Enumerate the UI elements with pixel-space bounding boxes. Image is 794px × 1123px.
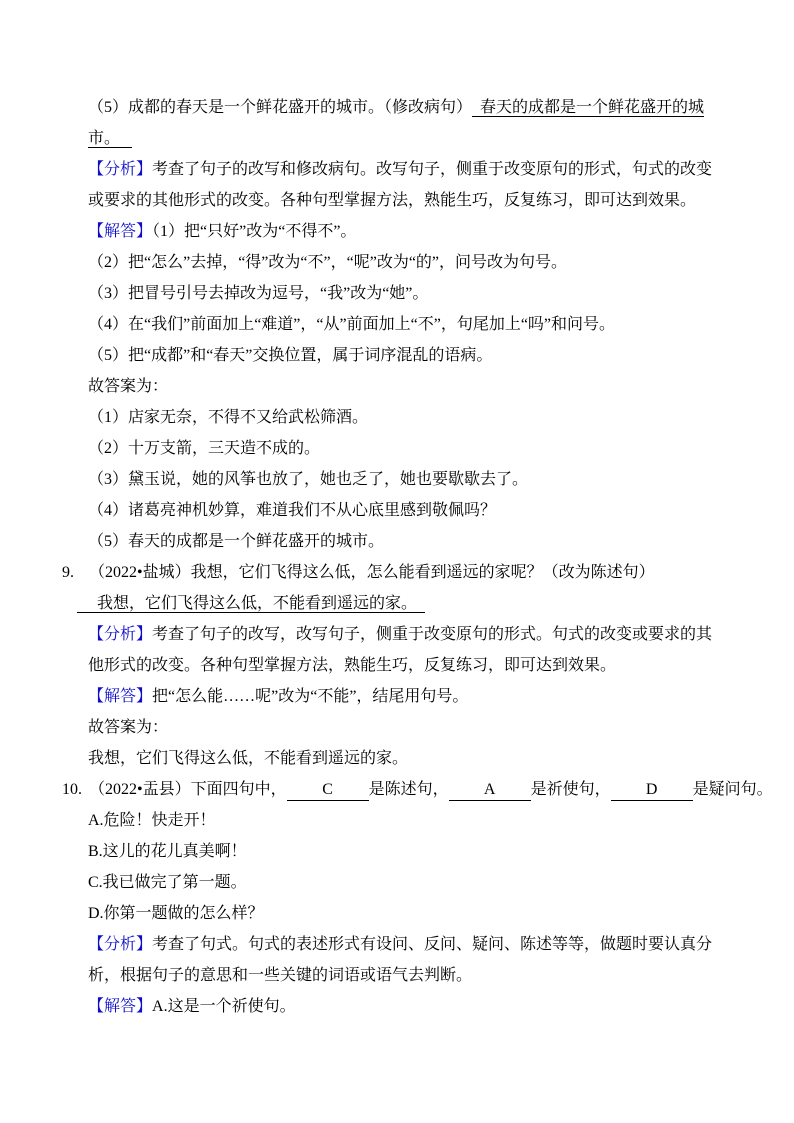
text-segment: A.这是一个祈使句。: [152, 998, 296, 1015]
section-label: 【分析】: [88, 161, 152, 178]
q10-option-b: B.这儿的花儿真美啊！: [88, 836, 744, 867]
text-segment: （2）十万支箭，三天造不成的。: [88, 440, 320, 457]
q8-final-answer-4: （4）诸葛亮神机妙算，难道我们不从心底里感到敬佩吗？: [88, 495, 744, 526]
q9-final-answer: 我想，它们飞得这么低，不能看到遥远的家。: [88, 743, 744, 774]
text-segment: B.这儿的花儿真美啊！: [88, 843, 247, 860]
q8-final-answer-3: （3）黛玉说，她的风筝也放了，她也乏了，她也要歇歇去了。: [88, 464, 744, 495]
q10-solution: 【解答】A.这是一个祈使句。: [88, 991, 744, 1022]
text-segment: （2022•盂县）下面四句中，: [89, 781, 287, 798]
section-label: 【解答】: [88, 688, 152, 705]
q8-analysis-line-1: 【分析】考查了句子的改写和修改病句。改写句子，侧重于改变原句的形式，句式的改变: [88, 154, 744, 185]
q8-item5-prompt: （5）成都的春天是一个鲜花盛开的城市。（修改病句） 春天的成都是一个鲜花盛开的城: [88, 92, 744, 123]
text-segment: （2022•盐城）我想，它们飞得这么低，怎么能看到遥远的家呢？（改为陈述句）: [89, 564, 655, 581]
q9-analysis-line-2: 他形式的改变。各种句型掌握方法，熟能生巧，反复练习，即可达到效果。: [88, 650, 744, 681]
q8-solution-item-3: （3）把冒号引号去掉改为逗号，“我”改为“她”。: [88, 278, 744, 309]
answer-underline: 市。: [88, 130, 132, 148]
section-label: 【分析】: [88, 626, 152, 643]
text-segment: 析，根据句子的意思和一些关键的词语或语气去判断。: [88, 967, 472, 984]
q9-filled-answer: 我想，它们飞得这么低，不能看到遥远的家。: [77, 588, 744, 619]
text-segment: D.你第一题做的怎么样？: [88, 905, 264, 922]
text-segment: 考查了句子的改写和修改病句。改写句子，侧重于改变原句的形式，句式的改变: [152, 161, 712, 178]
q8-item5-prompt-continued: 市。: [88, 123, 744, 154]
text-segment: （3）把冒号引号去掉改为逗号，“我”改为“她”。: [88, 285, 428, 302]
text-segment: 考查了句式。句式的表述形式有设问、反问、疑问、陈述等等，做题时要认真分: [152, 936, 712, 953]
text-segment: 考查了句子的改写，改写句子，侧重于改变原句的形式。句式的改变或要求的其: [152, 626, 712, 643]
text-segment: 他形式的改变。各种句型掌握方法，熟能生巧，反复练习，即可达到效果。: [88, 657, 616, 674]
question-number: 10.: [62, 774, 89, 805]
question-number: 9.: [62, 557, 89, 588]
q8-final-answer-5: （5）春天的成都是一个鲜花盛开的城市。: [88, 526, 744, 557]
answer-blank: D: [611, 779, 693, 801]
text-segment: 故答案为：: [88, 719, 168, 736]
document-body: （5）成都的春天是一个鲜花盛开的城市。（修改病句） 春天的成都是一个鲜花盛开的城…: [62, 92, 744, 1022]
q9-analysis-line-1: 【分析】考查了句子的改写，改写句子，侧重于改变原句的形式。句式的改变或要求的其: [88, 619, 744, 650]
answer-underline: 春天的成都是一个鲜花盛开的城: [472, 99, 704, 117]
answer-blank: C: [287, 779, 369, 801]
q8-answer-intro: 故答案为：: [88, 371, 744, 402]
question-10-prompt: 10.（2022•盂县）下面四句中，C是陈述句，A是祈使句，D是疑问句。: [62, 774, 744, 805]
text-segment: （4）在“我们”前面加上“难道”，“从”前面加上“不”，句尾加上“吗”和问号。: [88, 316, 615, 333]
text-segment: （3）黛玉说，她的风筝也放了，她也乏了，她也要歇歇去了。: [88, 471, 528, 488]
q8-analysis-line-2: 或要求的其他形式的改变。各种句型掌握方法，熟能生巧，反复练习，即可达到效果。: [88, 185, 744, 216]
text-segment: （5）成都的春天是一个鲜花盛开的城市。（修改病句）: [88, 99, 472, 116]
text-segment: 故答案为：: [88, 378, 168, 395]
text-segment: 是疑问句。: [693, 781, 773, 798]
text-segment: 或要求的其他形式的改变。各种句型掌握方法，熟能生巧，反复练习，即可达到效果。: [88, 192, 696, 209]
section-label: 【解答】: [88, 223, 152, 240]
q9-solution: 【解答】把“怎么能……呢”改为“不能”，结尾用句号。: [88, 681, 744, 712]
q10-option-d: D.你第一题做的怎么样？: [88, 898, 744, 929]
q8-final-answer-1: （1）店家无奈，不得不又给武松筛酒。: [88, 402, 744, 433]
text-segment: 把“怎么能……呢”改为“不能”，结尾用句号。: [152, 688, 468, 705]
text-segment: 是陈述句，: [369, 781, 449, 798]
q8-solution-item-1: 【解答】（1）把“只好”改为“不得不”。: [88, 216, 744, 247]
q8-solution-item-2: （2）把“怎么”去掉，“得”改为“不”，“呢”改为“的”，问号改为句号。: [88, 247, 744, 278]
text-segment: 是祈使句，: [531, 781, 611, 798]
q10-option-a: A.危险！快走开！: [88, 805, 744, 836]
text-segment: （1）店家无奈，不得不又给武松筛酒。: [88, 409, 368, 426]
q10-option-c: C.我已做完了第一题。: [88, 867, 744, 898]
text-segment: 我想，它们飞得这么低，不能看到遥远的家。: [88, 750, 408, 767]
q10-analysis-line-2: 析，根据句子的意思和一些关键的词语或语气去判断。: [88, 960, 744, 991]
text-segment: A.危险！快走开！: [88, 812, 216, 829]
answer-underline: 我想，它们飞得这么低，不能看到遥远的家。: [77, 595, 425, 613]
q8-solution-item-4: （4）在“我们”前面加上“难道”，“从”前面加上“不”，句尾加上“吗”和问号。: [88, 309, 744, 340]
section-label: 【解答】: [88, 998, 152, 1015]
text-segment: （5）春天的成都是一个鲜花盛开的城市。: [88, 533, 384, 550]
q8-solution-item-5: （5）把“成都”和“春天”交换位置，属于词序混乱的语病。: [88, 340, 744, 371]
text-segment: （4）诸葛亮神机妙算，难道我们不从心底里感到敬佩吗？: [88, 502, 496, 519]
q10-analysis-line-1: 【分析】考查了句式。句式的表述形式有设问、反问、疑问、陈述等等，做题时要认真分: [88, 929, 744, 960]
text-segment: C.我已做完了第一题。: [88, 874, 247, 891]
question-9-prompt: 9.（2022•盐城）我想，它们飞得这么低，怎么能看到遥远的家呢？（改为陈述句）: [62, 557, 744, 588]
answer-blank: A: [449, 779, 531, 801]
q9-answer-intro: 故答案为：: [88, 712, 744, 743]
q8-final-answer-2: （2）十万支箭，三天造不成的。: [88, 433, 744, 464]
document-page: （5）成都的春天是一个鲜花盛开的城市。（修改病句） 春天的成都是一个鲜花盛开的城…: [0, 0, 794, 1123]
text-segment: （2）把“怎么”去掉，“得”改为“不”，“呢”改为“的”，问号改为句号。: [88, 254, 567, 271]
text-segment: （5）把“成都”和“春天”交换位置，属于词序混乱的语病。: [88, 347, 492, 364]
text-segment: （1）把“只好”改为“不得不”。: [152, 223, 356, 240]
section-label: 【分析】: [88, 936, 152, 953]
